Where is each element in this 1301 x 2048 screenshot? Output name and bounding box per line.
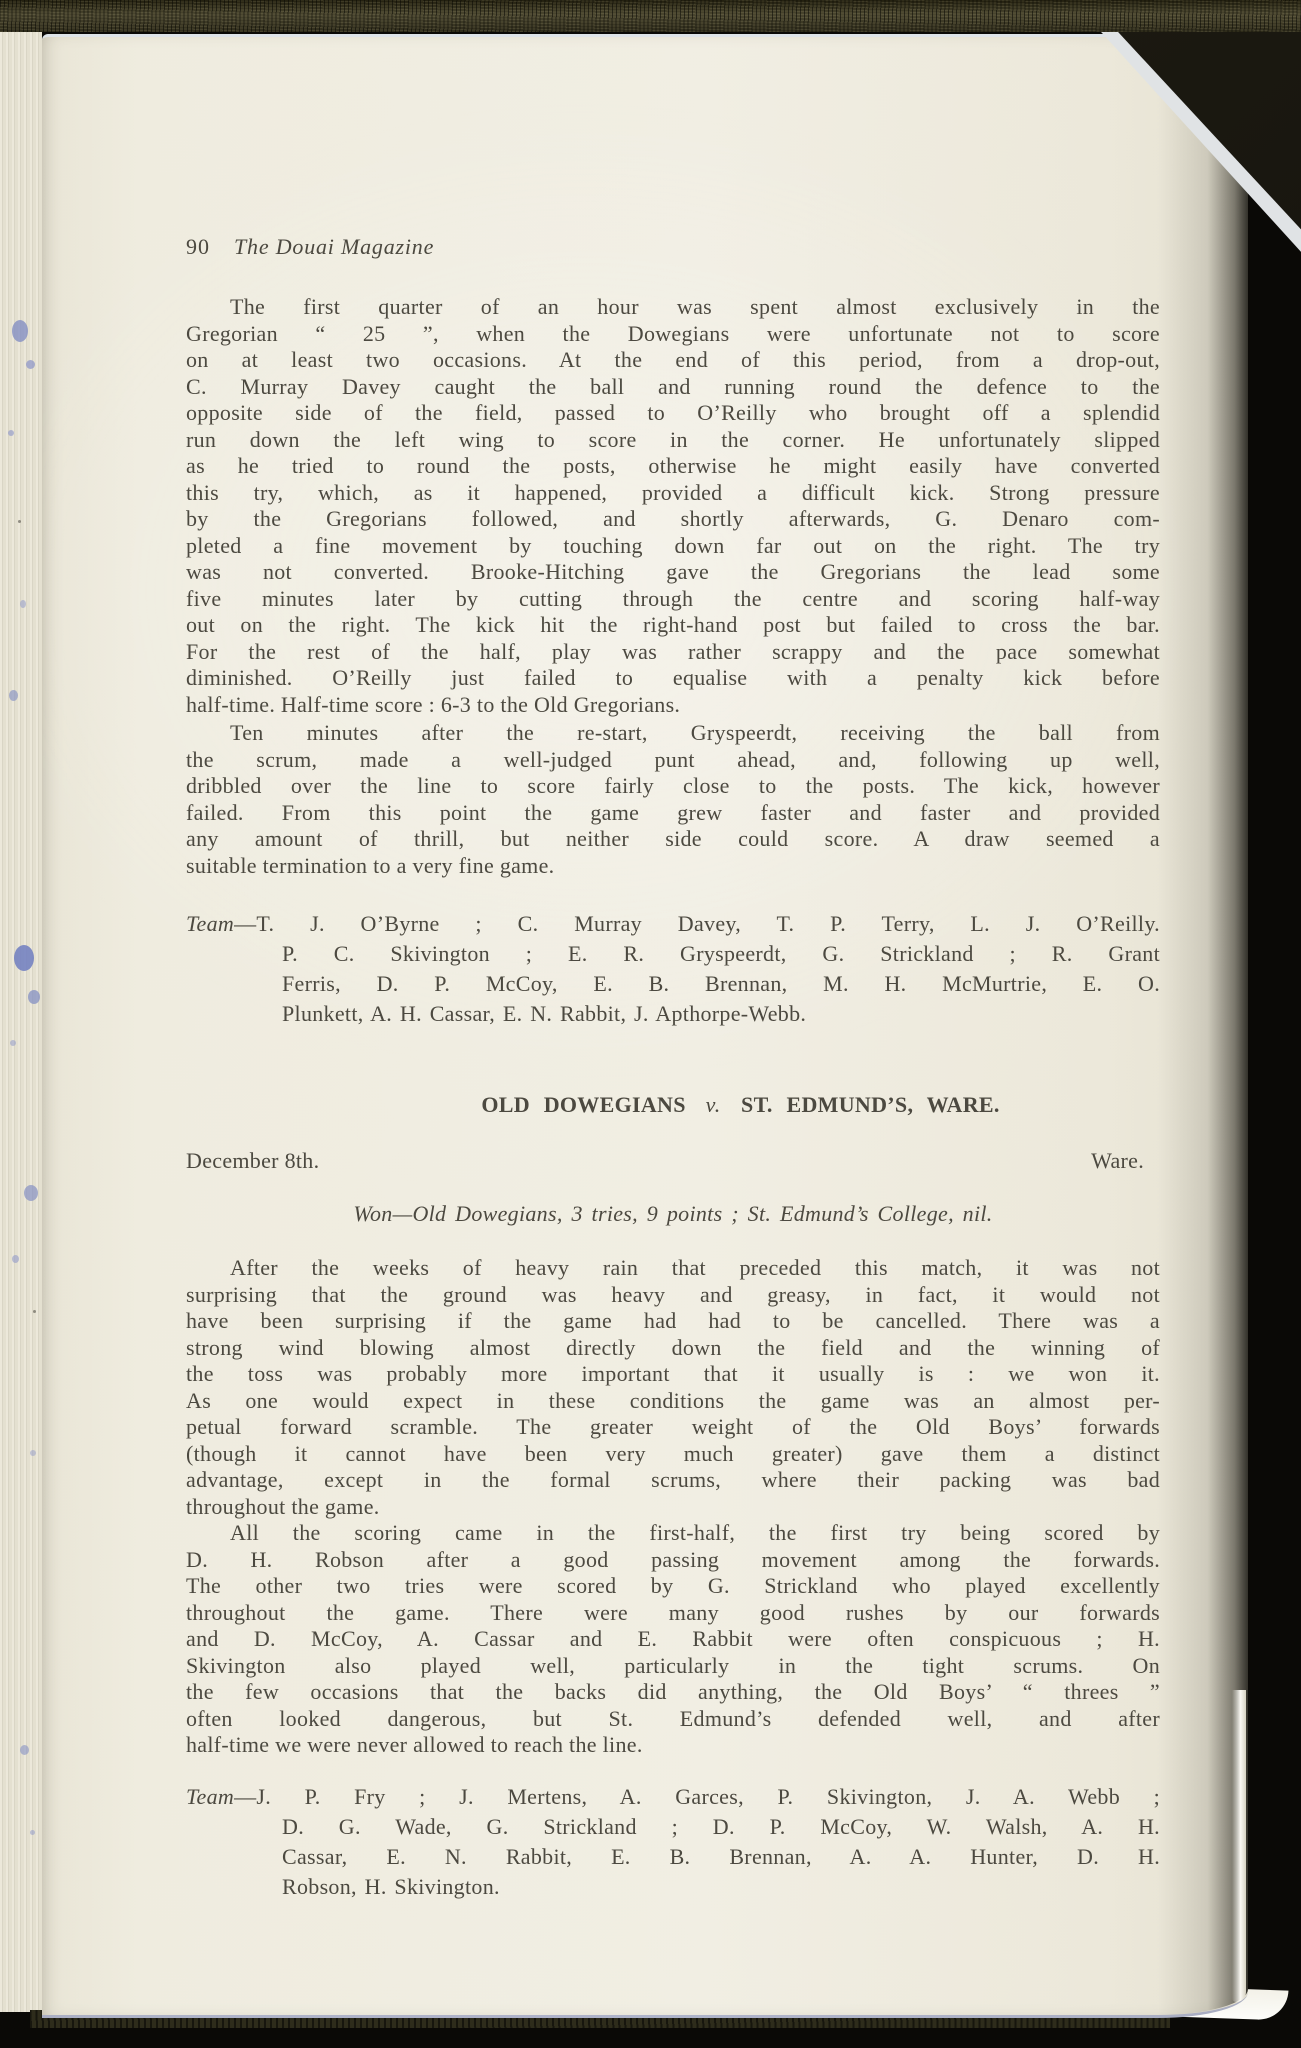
gregorians-team-list: Team—T. J. O’Byrne ; C. Murray Davey, T.… — [186, 909, 1160, 1029]
text-line: half-time. Half-time score : 6-3 to the … — [186, 692, 1160, 719]
ink-speck — [20, 600, 26, 608]
page-number: 90 — [186, 234, 210, 259]
ink-speck — [30, 1830, 35, 1835]
book-scan: 90The Douai Magazine The first quarter o… — [0, 0, 1301, 2048]
text-line: this try, which, as it happened, provide… — [186, 480, 1160, 507]
text-line: Ferris, D. P. McCoy, E. B. Brennan, M. H… — [186, 969, 1160, 999]
text-line: failed. From this point the game grew fa… — [186, 800, 1160, 827]
ink-speck — [26, 360, 35, 369]
text-line: run down the left wing to score in the c… — [186, 427, 1160, 454]
text-line: have been surprising if the game had had… — [186, 1308, 1160, 1335]
text-line: pleted a fine movement by touching down … — [186, 533, 1160, 560]
text-line: Robson, H. Skivington. — [186, 1872, 1160, 1902]
ink-speck — [12, 1255, 19, 1263]
text-line: The other two tries were scored by G. St… — [186, 1573, 1160, 1600]
team-label: Team — [186, 1784, 234, 1809]
text-line: on at least two occasions. At the end of… — [186, 347, 1160, 374]
ink-speck — [33, 1310, 36, 1313]
text-line: Team—J. P. Fry ; J. Mertens, A. Garces, … — [186, 1782, 1160, 1812]
text-line: P. C. Skivington ; E. R. Gryspeerdt, G. … — [186, 939, 1160, 969]
text-line: dribbled over the line to score fairly c… — [186, 773, 1160, 800]
text-line: Team—T. J. O’Byrne ; C. Murray Davey, T.… — [186, 909, 1160, 939]
ink-speck — [30, 1450, 36, 1456]
edmunds-paragraph-2: All the scoring came in the first-half, … — [186, 1520, 1160, 1759]
text-line: The first quarter of an hour was spent a… — [186, 294, 1160, 321]
text-line: Gregorian “ 25 ”, when the Dowegians wer… — [186, 321, 1160, 348]
gregorians-paragraph-2: Ten minutes after the re-start, Gryspeer… — [186, 720, 1160, 879]
text-line: Skivington also played well, particularl… — [186, 1653, 1160, 1680]
text-line: was not converted. Brooke-Hitching gave … — [186, 559, 1160, 586]
ink-speck — [18, 520, 21, 523]
match-heading: OLD DOWEGIANS v. ST. EDMUND’S, WARE. — [321, 1092, 1160, 1118]
text-line: any amount of thrill, but neither side c… — [186, 826, 1160, 853]
text-line: petual forward scramble. The greater wei… — [186, 1414, 1160, 1441]
text-line: Plunkett, A. H. Cassar, E. N. Rabbit, J.… — [186, 999, 1160, 1029]
text-line: the few occasions that the backs did any… — [186, 1679, 1160, 1706]
text-line: D. H. Robson after a good passing moveme… — [186, 1547, 1160, 1574]
text-line: by the Gregorians followed, and shortly … — [186, 506, 1160, 533]
text-line: the scrum, made a well-judged punt ahead… — [186, 747, 1160, 774]
running-header: 90The Douai Magazine — [186, 234, 434, 260]
text-line: diminished. O’Reilly just failed to equa… — [186, 665, 1160, 692]
ink-speck — [8, 430, 14, 436]
heading-away-team: ST. EDMUND’S, WARE. — [741, 1092, 1000, 1117]
text-line: After the weeks of heavy rain that prece… — [186, 1255, 1160, 1282]
edmunds-team-list: Team—J. P. Fry ; J. Mertens, A. Garces, … — [186, 1782, 1160, 1902]
text-line: advantage, except in the formal scrums, … — [186, 1467, 1160, 1494]
text-line: throughout the game. There were many goo… — [186, 1600, 1160, 1627]
text-line: throughout the game. — [186, 1494, 1160, 1521]
book-cover-top — [0, 0, 1301, 32]
text-line: as he tried to round the posts, otherwis… — [186, 453, 1160, 480]
text-line: Ten minutes after the re-start, Gryspeer… — [186, 720, 1160, 747]
text-line: D. G. Wade, G. Strickland ; D. P. McCoy,… — [186, 1812, 1160, 1842]
page-stack-edge — [0, 30, 42, 2012]
heading-versus: v. — [706, 1092, 722, 1117]
gregorians-paragraph-1: The first quarter of an hour was spent a… — [186, 294, 1160, 718]
text-line: out on the right. The kick hit the right… — [186, 612, 1160, 639]
text-line: For the rest of the half, play was rathe… — [186, 639, 1160, 666]
text-line: Cassar, E. N. Rabbit, E. B. Brennan, A. … — [186, 1842, 1160, 1872]
magazine-title: The Douai Magazine — [234, 234, 434, 259]
match-venue: Ware. — [1091, 1148, 1160, 1174]
text-line: strong wind blowing almost directly down… — [186, 1335, 1160, 1362]
ink-speck — [20, 1745, 29, 1755]
ink-speck — [9, 690, 18, 701]
text-line: and D. McCoy, A. Cassar and E. Rabbit we… — [186, 1626, 1160, 1653]
text-line: half-time we were never allowed to reach… — [186, 1732, 1160, 1759]
match-result-line: Won—Old Dowegians, 3 tries, 9 points ; S… — [186, 1201, 1160, 1227]
text-line: All the scoring came in the first-half, … — [186, 1520, 1160, 1547]
ink-speck — [14, 945, 34, 971]
text-line: often looked dangerous, but St. Edmund’s… — [186, 1706, 1160, 1733]
text-line: C. Murray Davey caught the ball and runn… — [186, 374, 1160, 401]
ink-speck — [12, 320, 28, 342]
text-line: the toss was probably more important tha… — [186, 1361, 1160, 1388]
edmunds-paragraph-1: After the weeks of heavy rain that prece… — [186, 1255, 1160, 1520]
magazine-page: 90The Douai Magazine The first quarter o… — [42, 34, 1248, 2018]
text-line: surprising that the ground was heavy and… — [186, 1282, 1160, 1309]
text-line: suitable termination to a very fine game… — [186, 853, 1160, 880]
dateline: December 8th. Ware. — [186, 1148, 1160, 1174]
team-label: Team — [186, 911, 234, 936]
match-date: December 8th. — [186, 1148, 319, 1174]
text-line: As one would expect in these conditions … — [186, 1388, 1160, 1415]
text-line: opposite side of the field, passed to O’… — [186, 400, 1160, 427]
ink-speck — [28, 990, 40, 1004]
ink-speck — [24, 1185, 38, 1201]
heading-home-team: OLD DOWEGIANS — [481, 1092, 685, 1117]
text-line: five minutes later by cutting through th… — [186, 586, 1160, 613]
ink-speck — [10, 1040, 16, 1046]
text-line: (though it cannot have been very much gr… — [186, 1441, 1160, 1468]
page-edge-curl — [1232, 1690, 1246, 2002]
